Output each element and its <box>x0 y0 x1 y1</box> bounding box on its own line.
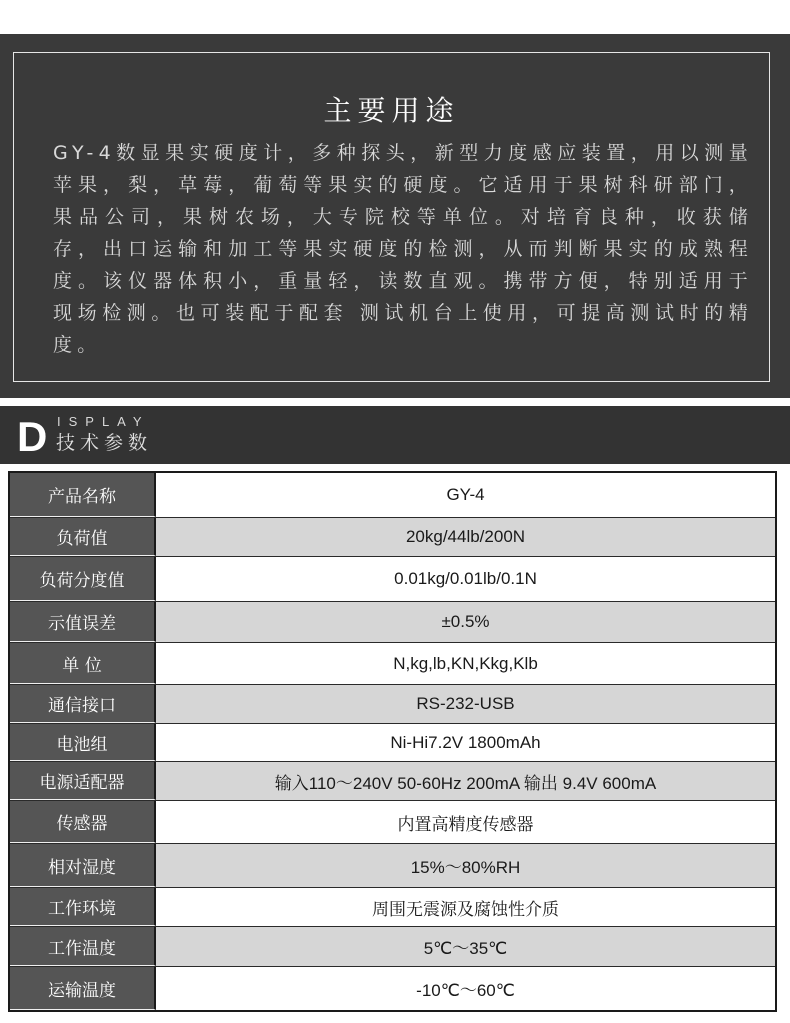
table-row: 负荷分度值 0.01kg/0.01lb/0.1N <box>10 556 775 601</box>
spec-value: RS-232-USB <box>156 685 775 723</box>
usage-title: 主要用途 <box>14 91 769 131</box>
usage-description: GY-4数显果实硬度计，多种探头，新型力度感应装置，用以测量苹果，梨，草莓，葡萄… <box>53 137 753 361</box>
spec-label: 电池组 <box>10 724 156 761</box>
spec-label: 负荷值 <box>10 518 156 556</box>
table-row: 示值误差 ±0.5% <box>10 601 775 642</box>
spec-value: 20kg/44lb/200N <box>156 518 775 556</box>
spec-value: 输入110～240V 50-60Hz 200mA 输出 9.4V 600mA <box>156 762 775 800</box>
spec-value: 周围无震源及腐蚀性介质 <box>156 888 775 926</box>
table-row: 电源适配器 输入110～240V 50-60Hz 200mA 输出 9.4V 6… <box>10 761 775 800</box>
spec-table: 产品名称 GY-4 负荷值 20kg/44lb/200N 负荷分度值 0.01k… <box>8 471 777 1012</box>
display-header: D ISPLAY 技术参数 <box>0 406 790 464</box>
display-initial-letter: D <box>17 414 47 460</box>
usage-box: 主要用途 GY-4数显果实硬度计，多种探头，新型力度感应装置，用以测量苹果，梨，… <box>13 52 770 382</box>
table-row: 工作环境 周围无震源及腐蚀性介质 <box>10 887 775 926</box>
display-english-label: ISPLAY <box>57 415 150 429</box>
table-row: 电池组 Ni-Hi7.2V 1800mAh <box>10 723 775 761</box>
table-row: 运输温度 -10℃～60℃ <box>10 966 775 1010</box>
top-spacer <box>0 0 790 34</box>
spec-label: 相对湿度 <box>10 844 156 887</box>
table-row: 单 位 N,kg,lb,KN,Kkg,Klb <box>10 642 775 684</box>
spec-value: GY-4 <box>156 473 775 517</box>
table-row: 相对湿度 15%～80%RH <box>10 843 775 887</box>
section-divider <box>0 398 790 406</box>
spec-value: -10℃～60℃ <box>156 967 775 1010</box>
spec-value: 5℃～35℃ <box>156 927 775 966</box>
spec-label: 负荷分度值 <box>10 557 156 601</box>
spec-label: 单 位 <box>10 643 156 684</box>
spec-label: 通信接口 <box>10 685 156 723</box>
spec-label: 工作温度 <box>10 927 156 966</box>
spec-value: ±0.5% <box>156 602 775 642</box>
table-row: 传感器 内置高精度传感器 <box>10 800 775 843</box>
table-row: 通信接口 RS-232-USB <box>10 684 775 723</box>
spec-value: 内置高精度传感器 <box>156 801 775 843</box>
spec-value: 15%～80%RH <box>156 844 775 887</box>
spec-value: N,kg,lb,KN,Kkg,Klb <box>156 643 775 684</box>
usage-section: 主要用途 GY-4数显果实硬度计，多种探头，新型力度感应装置，用以测量苹果，梨，… <box>0 34 790 398</box>
spec-label: 示值误差 <box>10 602 156 642</box>
spec-label: 传感器 <box>10 801 156 843</box>
spec-value: 0.01kg/0.01lb/0.1N <box>156 557 775 601</box>
table-row: 工作温度 5℃～35℃ <box>10 926 775 966</box>
spec-label: 电源适配器 <box>10 762 156 800</box>
spec-label: 运输温度 <box>10 967 156 1010</box>
table-row: 负荷值 20kg/44lb/200N <box>10 517 775 556</box>
display-chinese-title: 技术参数 <box>56 431 152 455</box>
spec-label: 工作环境 <box>10 888 156 926</box>
table-row: 产品名称 GY-4 <box>10 473 775 517</box>
spec-value: Ni-Hi7.2V 1800mAh <box>156 724 775 761</box>
spec-label: 产品名称 <box>10 473 156 517</box>
